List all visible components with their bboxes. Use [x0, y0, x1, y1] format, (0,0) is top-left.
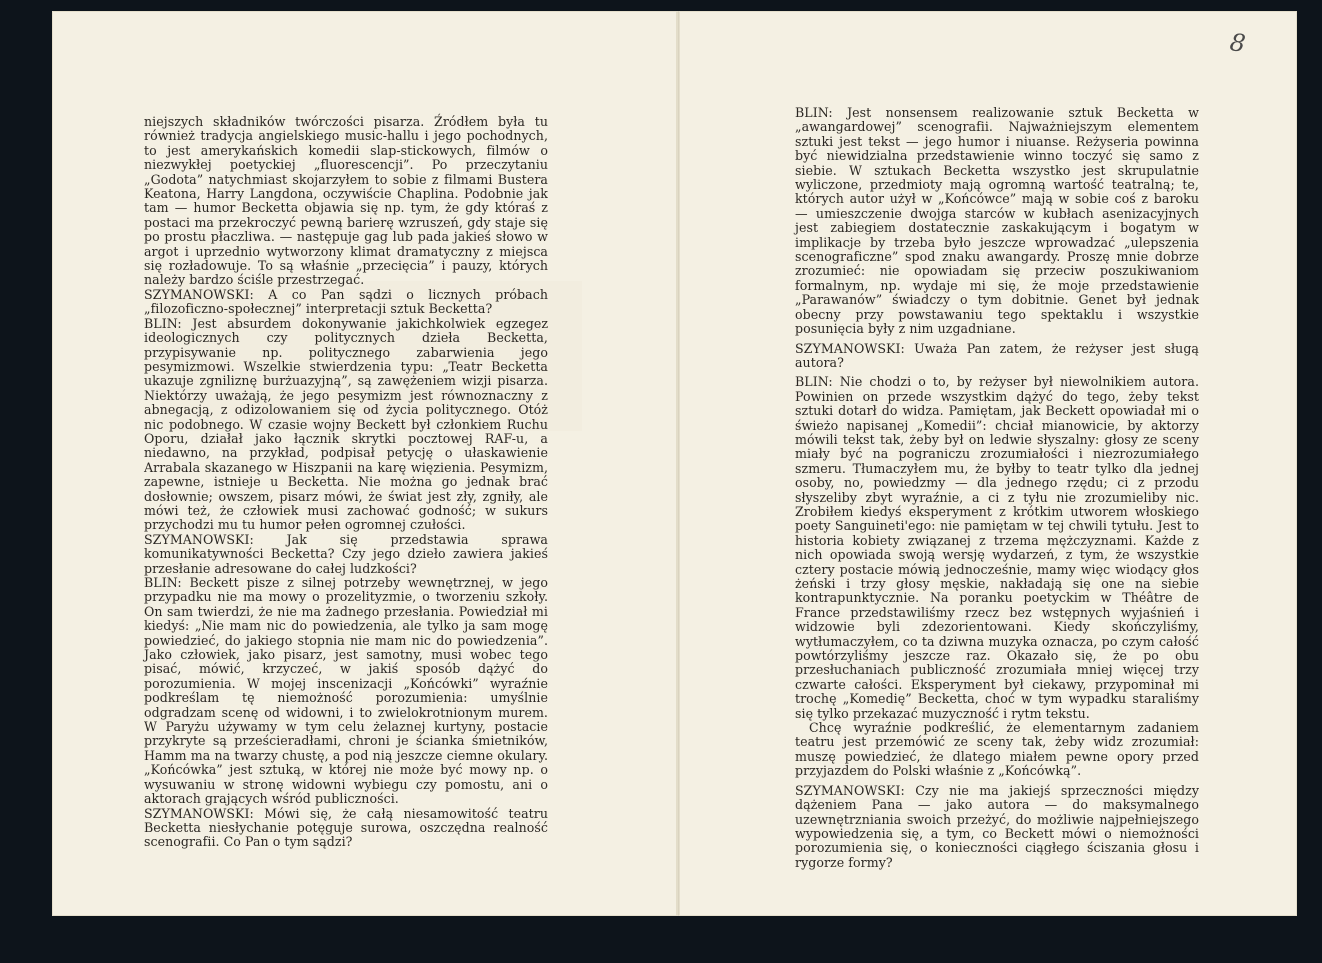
paragraph: Chcę wyraźnie podkreślić, że elementarny…: [795, 721, 1199, 779]
paragraph: BLIN: Beckett pisze z silnej potrzeby we…: [144, 576, 548, 807]
paragraph: BLIN: Nie chodzi o to, by reżyser był ni…: [795, 375, 1199, 721]
speaker-label: BLIN:: [144, 316, 182, 331]
paragraph-text: Jest nonsensem realizowanie sztuk Becket…: [795, 105, 1199, 336]
paragraph: niejszych składników twórczości pisarza.…: [144, 115, 548, 288]
paragraph: BLIN: Jest absurdem dokonywanie jakichko…: [144, 317, 548, 533]
paragraph: SZYMANOWSKI: Uważa Pan zatem, że reżyser…: [795, 342, 1199, 371]
left-page-text-column: niejszych składników twórczości pisarza.…: [144, 115, 548, 850]
speaker-label: SZYMANOWSKI:: [144, 287, 254, 302]
right-page-text-column: BLIN: Jest nonsensem realizowanie sztuk …: [795, 106, 1199, 870]
paragraph: BLIN: Jest nonsensem realizowanie sztuk …: [795, 106, 1199, 337]
speaker-label: SZYMANOWSKI:: [144, 532, 254, 547]
paragraph: SZYMANOWSKI: Mówi się, że całą niesamowi…: [144, 807, 548, 850]
paragraph-text: Chcę wyraźnie podkreślić, że elementarny…: [795, 720, 1199, 778]
paragraph: SZYMANOWSKI: Jak się przedstawia sprawa …: [144, 533, 548, 576]
speaker-label: SZYMANOWSKI:: [795, 341, 905, 356]
left-page: niejszych składników twórczości pisarza.…: [52, 11, 678, 916]
paragraph-text: Beckett pisze z silnej potrzeby wewnętrz…: [144, 575, 548, 806]
paragraph: SZYMANOWSKI: Czy nie ma jakiejś sprzeczn…: [795, 784, 1199, 870]
paragraph: SZYMANOWSKI: A co Pan sądzi o licznych p…: [144, 288, 548, 317]
speaker-label: BLIN:: [795, 374, 833, 389]
right-page: 8 BLIN: Jest nonsensem realizowanie sztu…: [678, 11, 1297, 916]
paragraph-text: Nie chodzi o to, by reżyser był niewolni…: [795, 374, 1199, 720]
handwritten-page-number: 8: [1228, 28, 1247, 58]
speaker-label: SZYMANOWSKI:: [795, 783, 905, 798]
paragraph-text: niejszych składników twórczości pisarza.…: [144, 114, 548, 287]
speaker-label: SZYMANOWSKI:: [144, 806, 254, 821]
speaker-label: BLIN:: [795, 105, 833, 120]
speaker-label: BLIN:: [144, 575, 182, 590]
paragraph-text: Jest absurdem dokonywanie jakichkolwiek …: [144, 316, 548, 533]
